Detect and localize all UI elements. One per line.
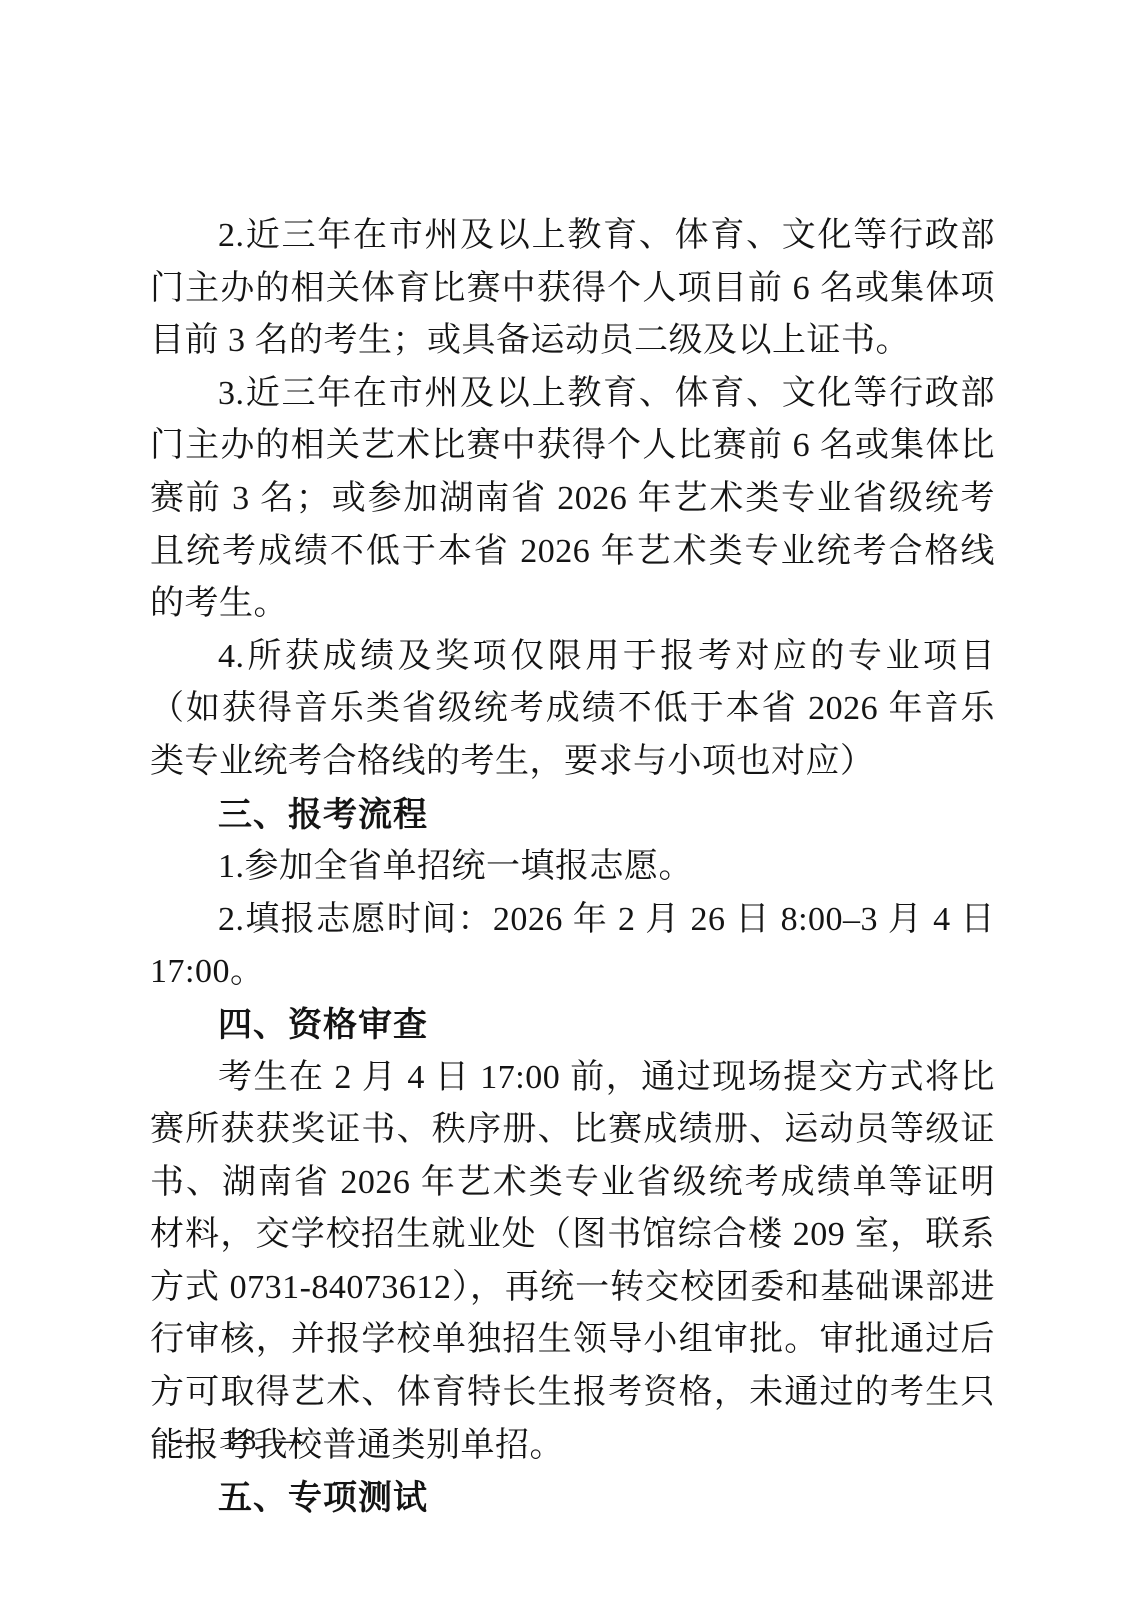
heading-application-process: 三、报考流程 [150, 789, 995, 842]
document-body: 2.近三年在市州及以上教育、体育、文化等行政部门主办的相关体育比赛中获得个人项目… [150, 210, 995, 1525]
heading-qualification-review: 四、资格审查 [150, 999, 995, 1052]
paragraph-award-scope-note: 4.所获成绩及奖项仅限用于报考对应的专业项目（如获得音乐类省级统考成绩不低于本省… [150, 631, 995, 789]
document-page: 2.近三年在市州及以上教育、体育、文化等行政部门主办的相关体育比赛中获得个人项目… [0, 0, 1131, 1600]
paragraph-qualification-review-detail: 考生在 2 月 4 日 17:00 前，通过现场提交方式将比赛所获获奖证书、秩序… [150, 1052, 995, 1473]
paragraph-art-award-criteria: 3.近三年在市州及以上教育、体育、文化等行政部门主办的相关艺术比赛中获得个人比赛… [150, 368, 995, 631]
paragraph-sports-award-criteria: 2.近三年在市州及以上教育、体育、文化等行政部门主办的相关体育比赛中获得个人项目… [150, 210, 995, 368]
paragraph-process-step-1: 1.参加全省单招统一填报志愿。 [150, 841, 995, 894]
heading-special-test: 五、专项测试 [150, 1472, 995, 1525]
page-number: — 18 — [176, 1424, 308, 1457]
paragraph-process-step-2: 2.填报志愿时间：2026 年 2 月 26 日 8:00–3 月 4 日 17… [150, 894, 995, 999]
